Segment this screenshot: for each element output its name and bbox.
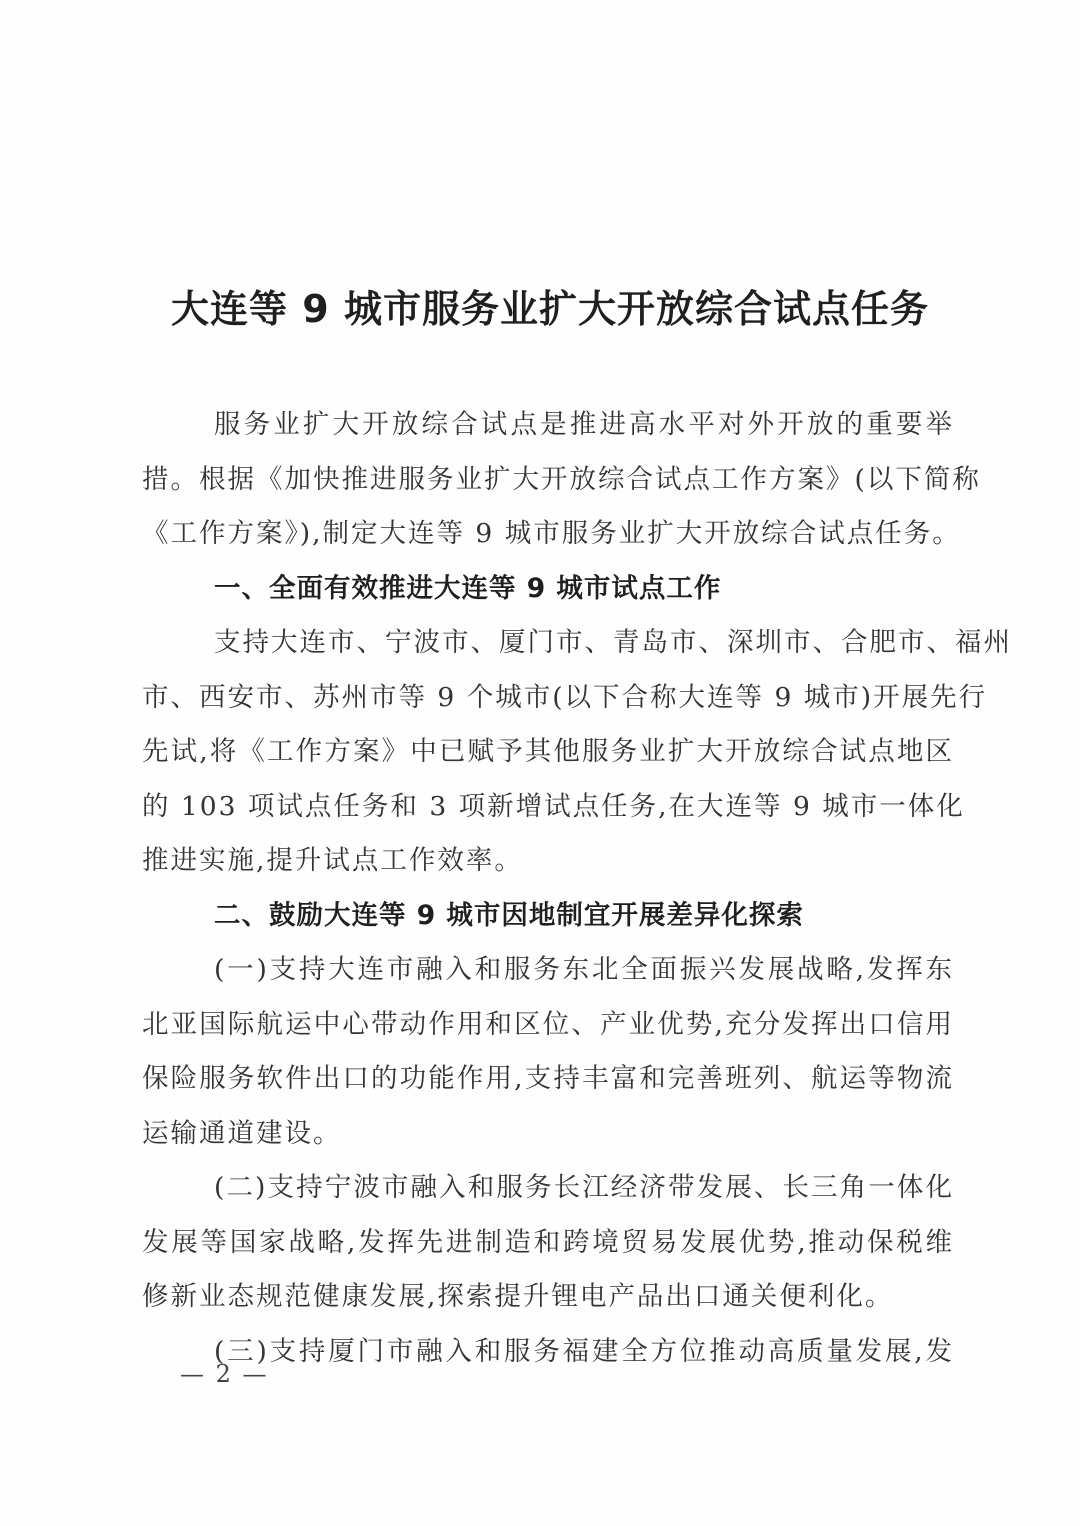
page-number: — 2 —: [180, 1360, 269, 1388]
paragraph-line: 的 103 项试点任务和 3 项新增试点任务,在大连等 9 城市一体化: [142, 780, 954, 835]
section-heading-1: 一、全面有效推进大连等 9 城市试点工作: [142, 562, 954, 617]
paragraph-line: 推进实施,提升试点工作效率。: [142, 834, 954, 889]
section-heading-2: 二、鼓励大连等 9 城市因地制宜开展差异化探索: [142, 889, 954, 944]
paragraph-intro-line: 《工作方案》),制定大连等 9 城市服务业扩大开放综合试点任务。: [142, 507, 954, 562]
document-body: 服务业扩大开放综合试点是推进高水平对外开放的重要举 措。根据《加快推进服务业扩大…: [142, 398, 954, 1379]
paragraph-line: (二)支持宁波市融入和服务长江经济带发展、长三角一体化: [142, 1161, 954, 1216]
paragraph-line: 修新业态规范健康发展,探索提升锂电产品出口通关便利化。: [142, 1270, 954, 1325]
paragraph-intro-line: 服务业扩大开放综合试点是推进高水平对外开放的重要举: [142, 398, 954, 453]
paragraph-line: 保险服务软件出口的功能作用,支持丰富和完善班列、航运等物流: [142, 1052, 954, 1107]
paragraph-line: 北亚国际航运中心带动作用和区位、产业优势,充分发挥出口信用: [142, 998, 954, 1053]
paragraph-line: 运输通道建设。: [142, 1107, 954, 1162]
paragraph-line: 支持大连市、宁波市、厦门市、青岛市、深圳市、合肥市、福州: [142, 616, 954, 671]
document-title: 大连等 9 城市服务业扩大开放综合试点任务: [130, 278, 970, 333]
document-page: 大连等 9 城市服务业扩大开放综合试点任务 服务业扩大开放综合试点是推进高水平对…: [0, 0, 1080, 1526]
paragraph-intro-line: 措。根据《加快推进服务业扩大开放综合试点工作方案》(以下简称: [142, 453, 954, 508]
paragraph-line: (一)支持大连市融入和服务东北全面振兴发展战略,发挥东: [142, 943, 954, 998]
paragraph-line: 先试,将《工作方案》中已赋予其他服务业扩大开放综合试点地区: [142, 725, 954, 780]
paragraph-line: 发展等国家战略,发挥先进制造和跨境贸易发展优势,推动保税维: [142, 1216, 954, 1271]
paragraph-line: 市、西安市、苏州市等 9 个城市(以下合称大连等 9 城市)开展先行: [142, 671, 954, 726]
